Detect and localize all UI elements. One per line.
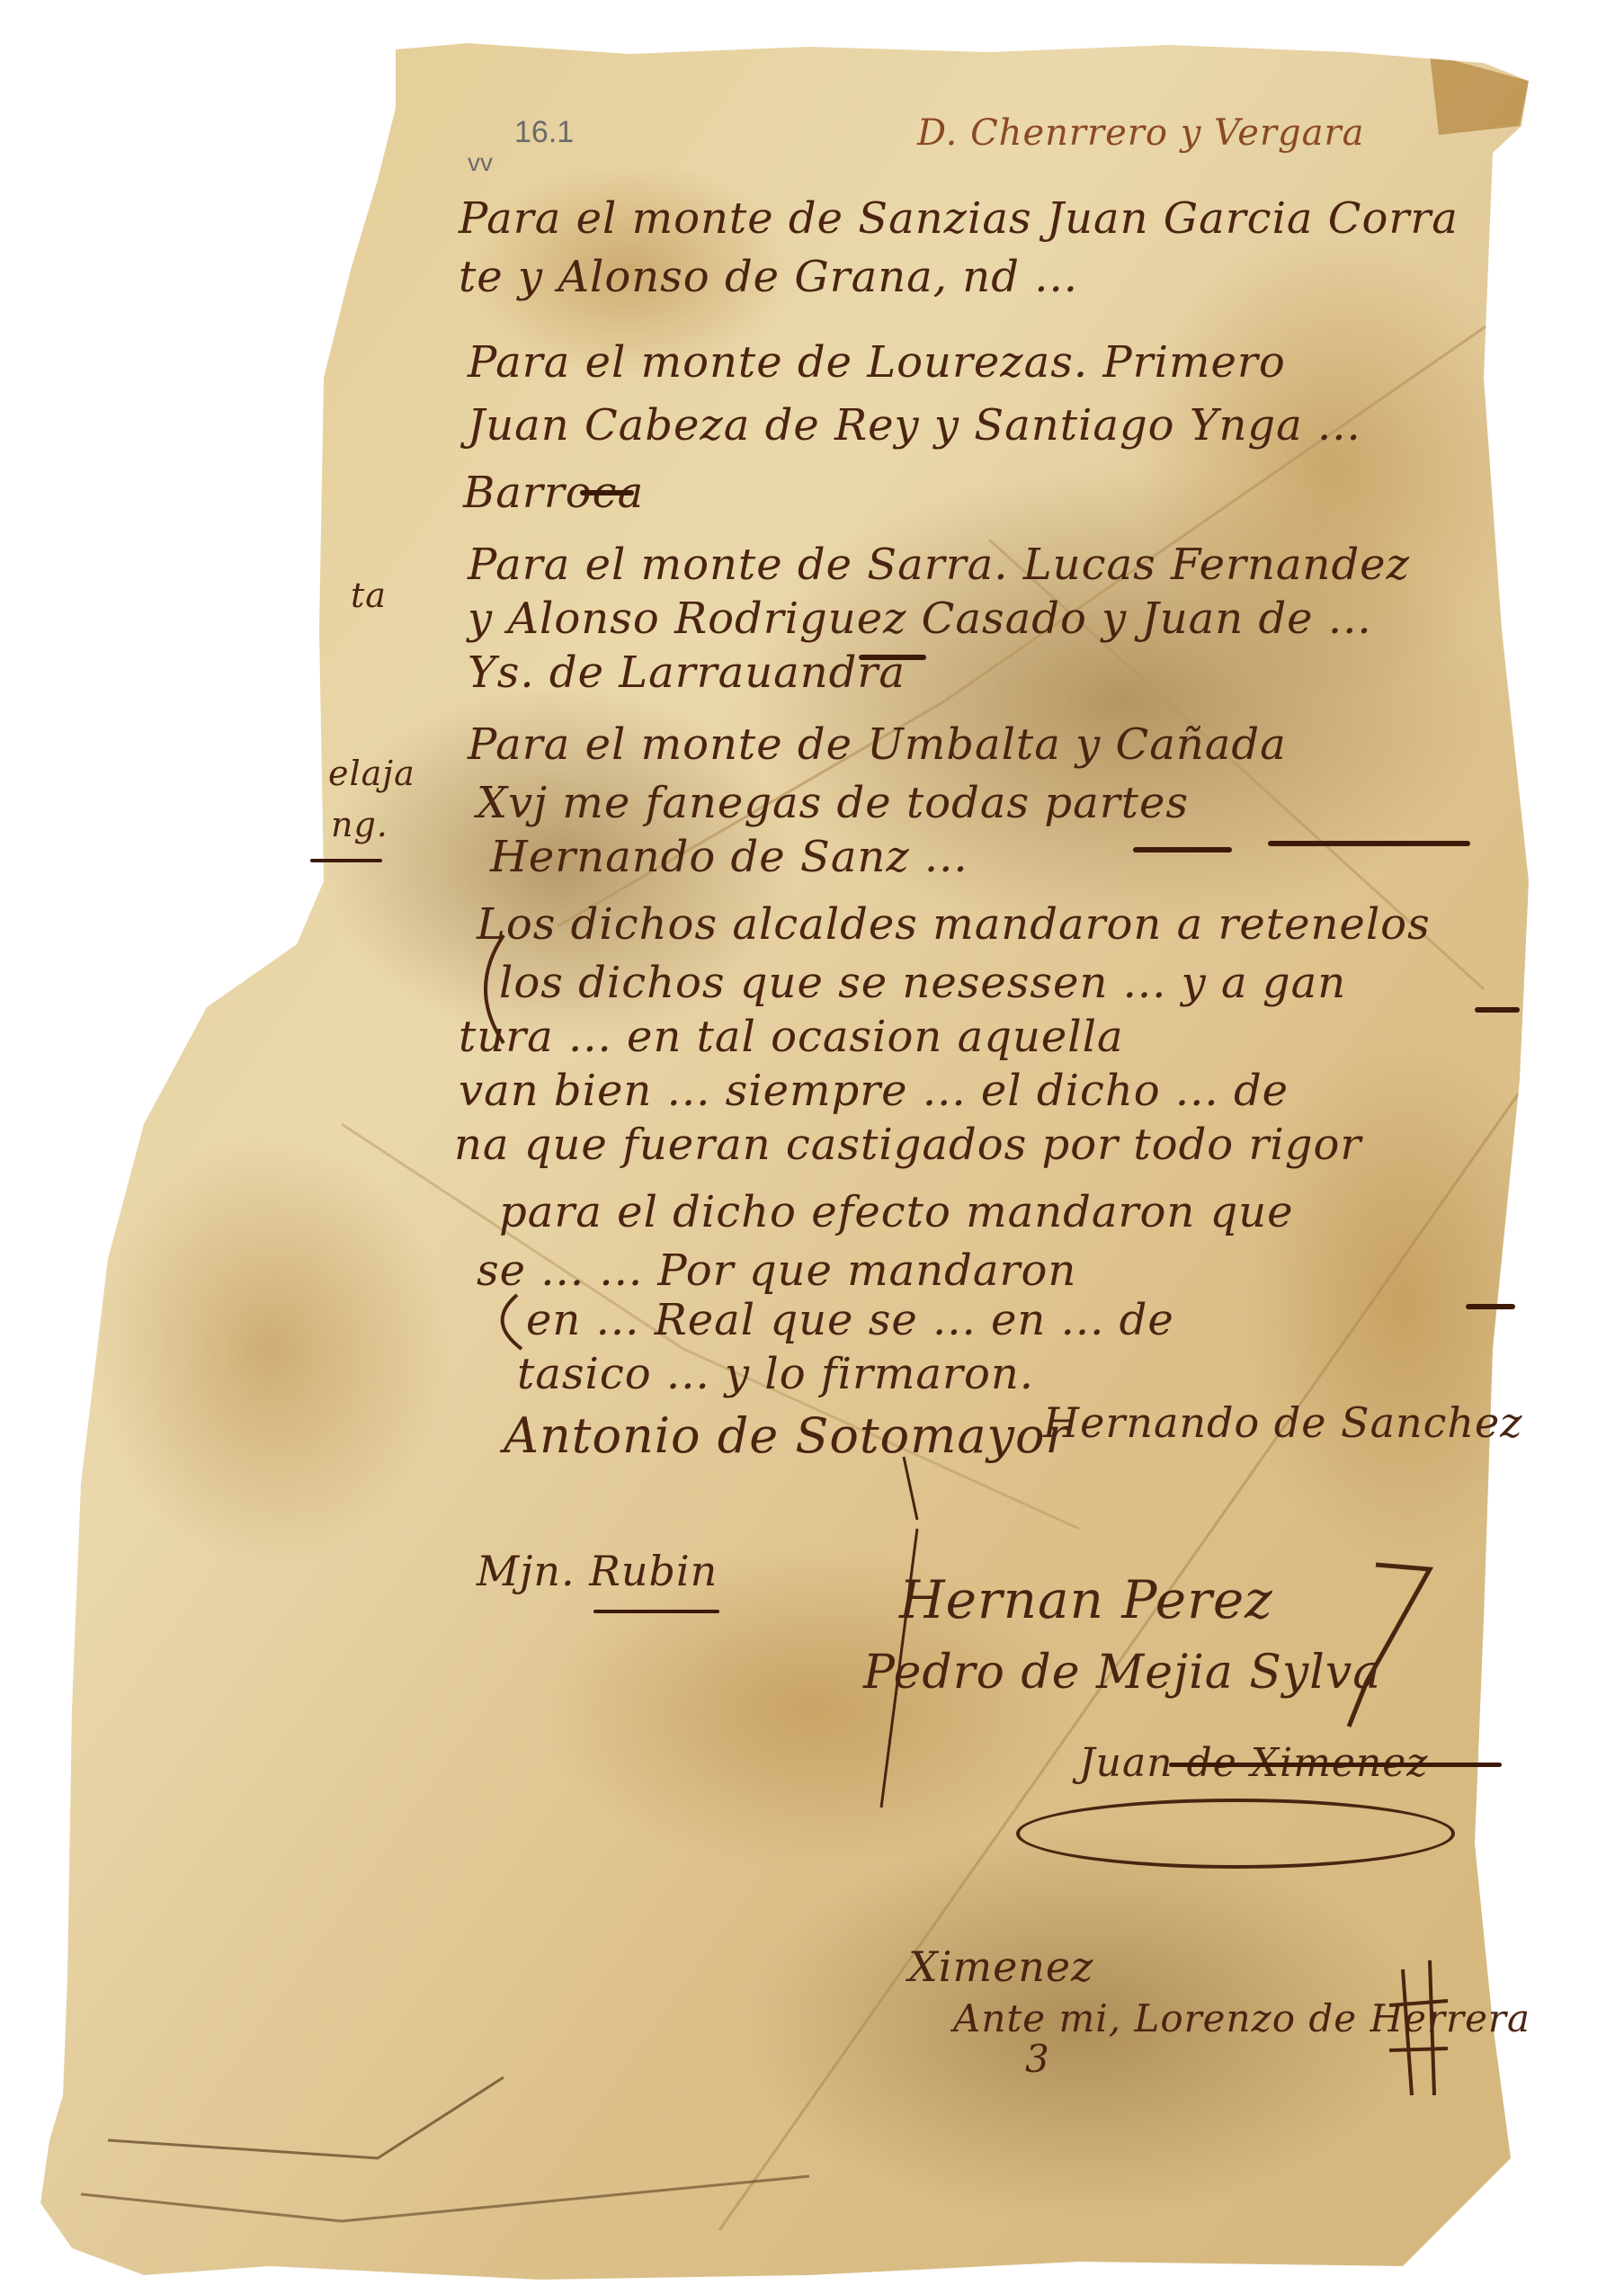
rubric-flourishes (0, 0, 1624, 2294)
manuscript-page: 16.1 vv D. Chenrrero y Vergara Para el m… (0, 0, 1624, 2294)
